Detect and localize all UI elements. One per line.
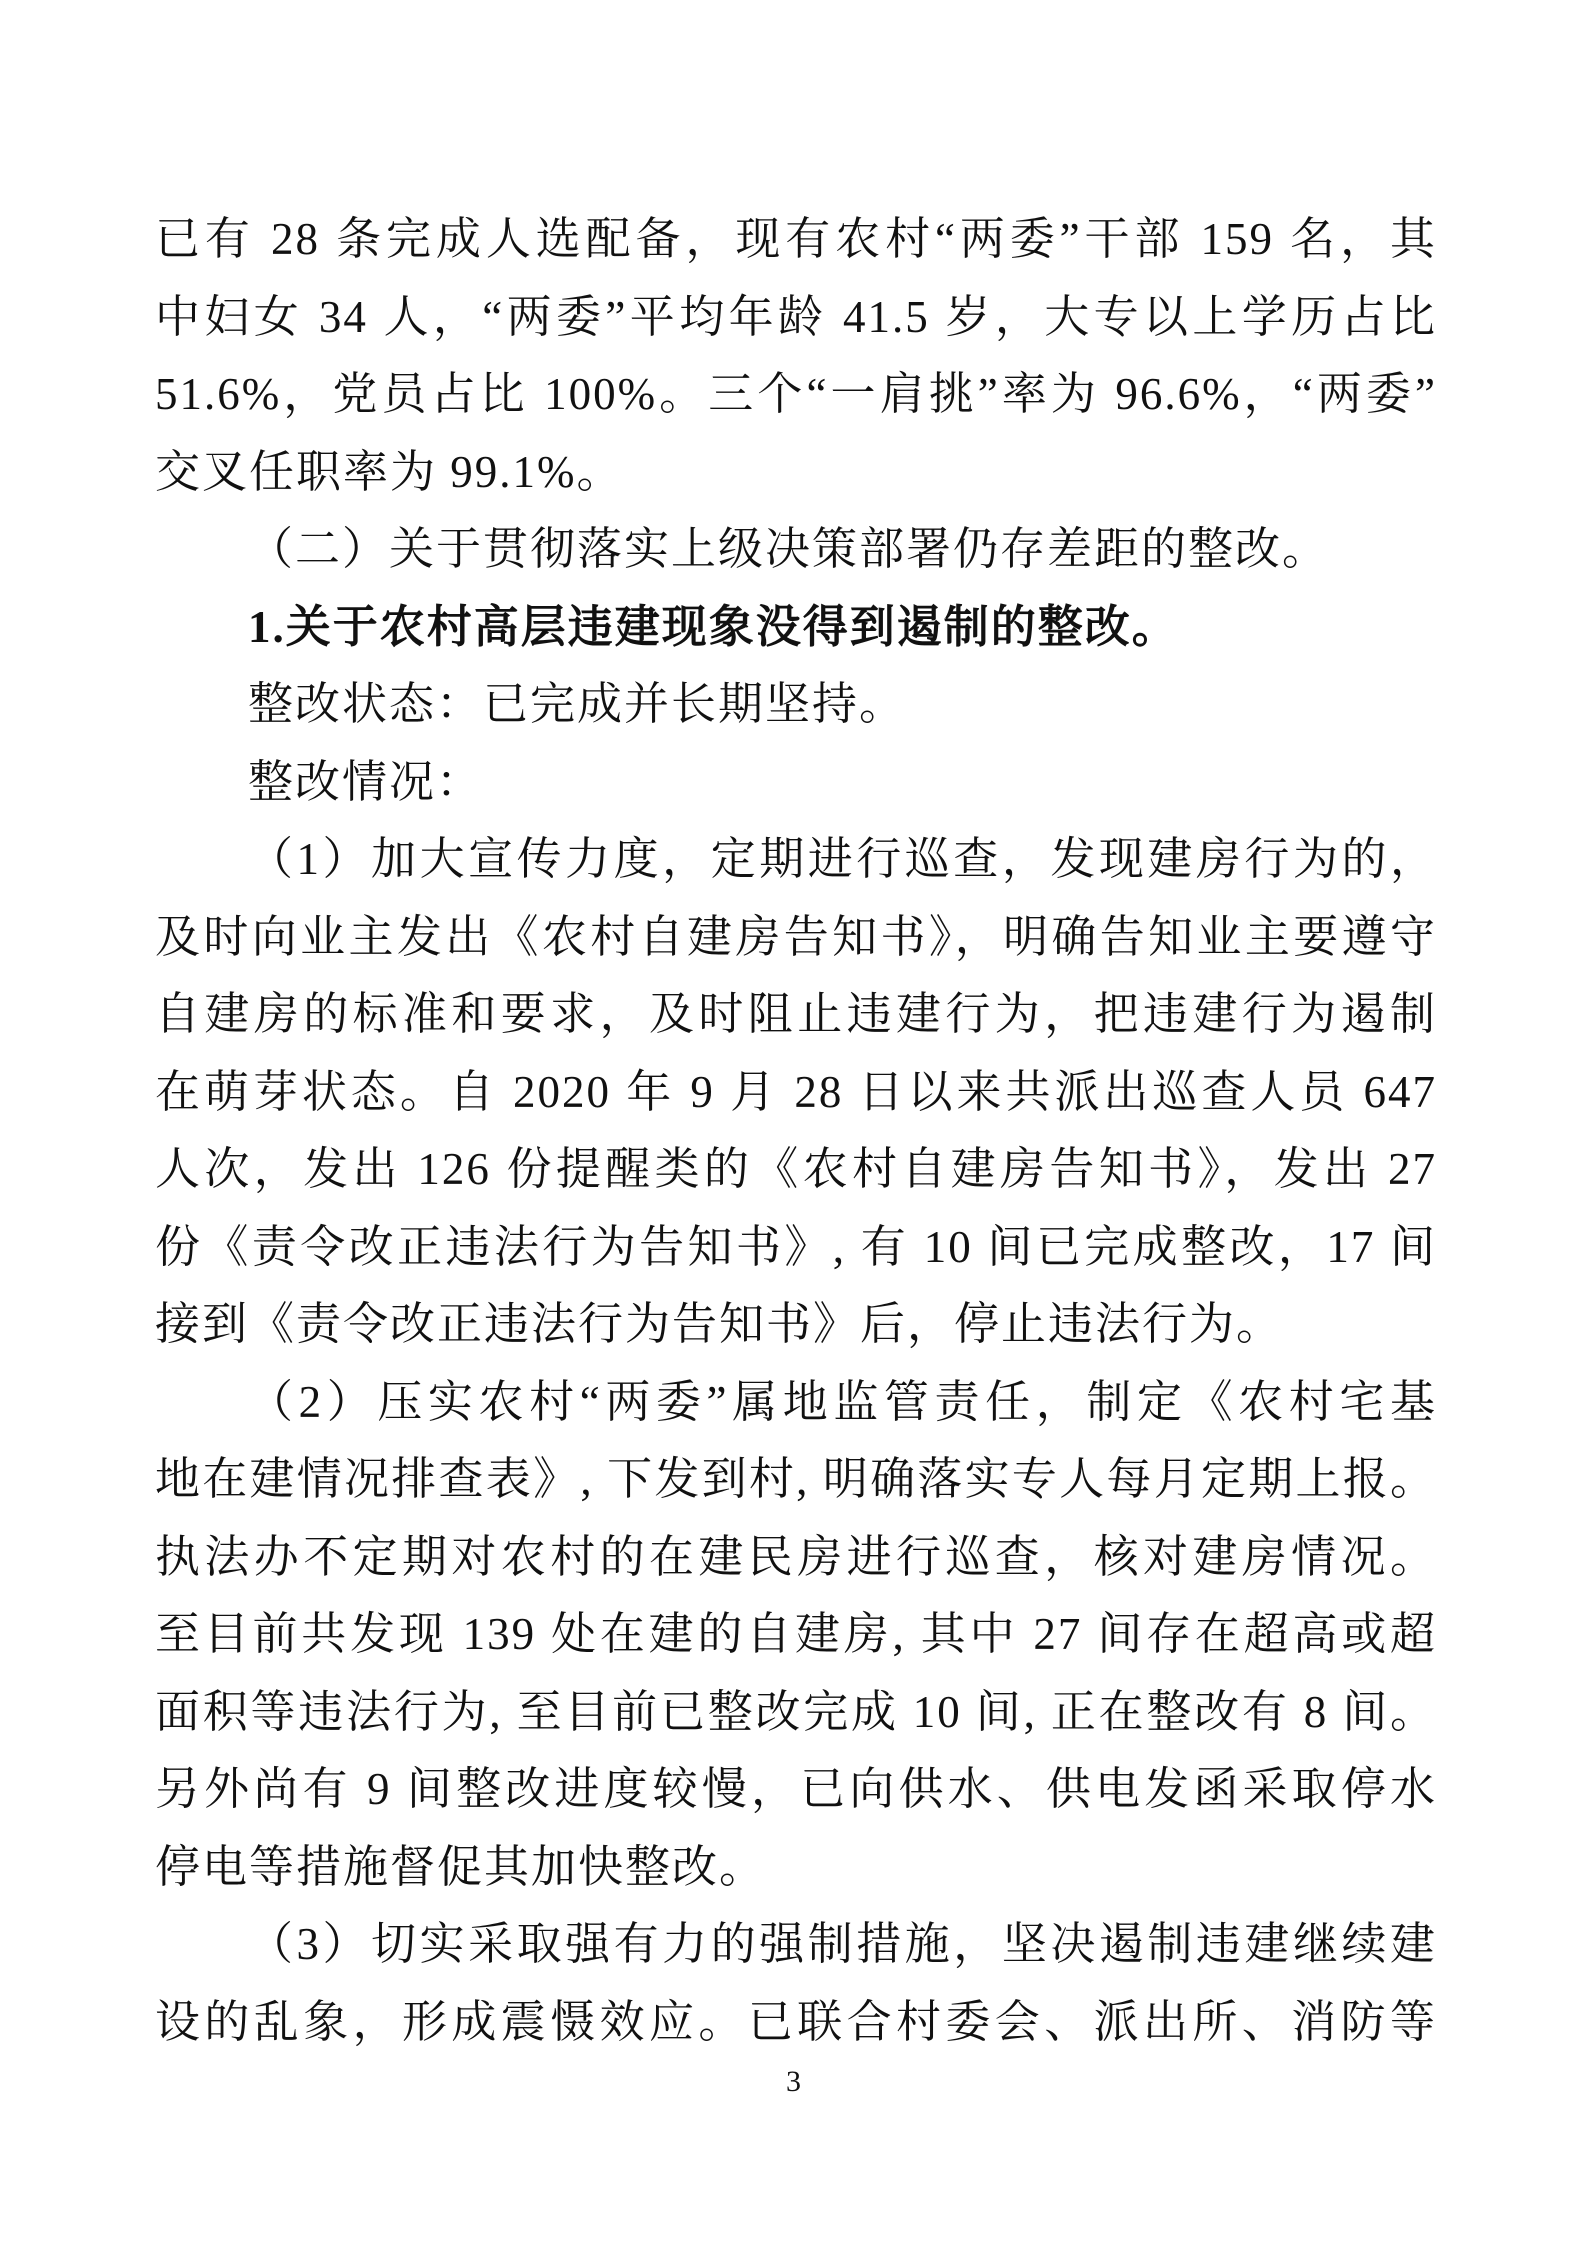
- text-line: 地在建情况排查表》, 下发到村, 明确落实专人每月定期上报。: [155, 1441, 1437, 1519]
- text-line: 设的乱象，形成震慑效应。已联合村委会、派出所、消防等: [155, 1984, 1437, 2062]
- text-line: 及时向业主发出《农村自建房告知书》，明确告知业主要遵守: [155, 899, 1437, 977]
- text-line: 执法办不定期对农村的在建民房进行巡查，核对建房情况。: [155, 1519, 1437, 1597]
- text-line: 人次，发出 126 份提醒类的《农村自建房告知书》，发出 27: [155, 1131, 1437, 1209]
- text-line: 接到《责令改正违法行为告知书》后，停止违法行为。: [155, 1286, 1437, 1364]
- text-line: 停电等措施督促其加快整改。: [155, 1829, 1437, 1907]
- text-line: 51.6%，党员占比 100%。三个“一肩挑”率为 96.6%，“两委”: [155, 356, 1437, 434]
- page-number: 3: [0, 2062, 1587, 2102]
- subsection-heading: 1.关于农村高层违建现象没得到遏制的整改。: [155, 589, 1437, 667]
- text-line: 整改状态：已完成并长期坚持。: [155, 666, 1437, 744]
- text-line: 自建房的标准和要求，及时阻止违建行为，把违建行为遏制: [155, 976, 1437, 1054]
- text-line: 整改情况：: [155, 744, 1437, 822]
- text-line: （3）切实采取强有力的强制措施，坚决遏制违建继续建: [155, 1906, 1437, 1984]
- text-line: 中妇女 34 人，“两委”平均年龄 41.5 岁，大专以上学历占比: [155, 279, 1437, 357]
- section-heading: （二）关于贯彻落实上级决策部署仍存差距的整改。: [155, 511, 1437, 589]
- text-line: 已有 28 条完成人选配备，现有农村“两委”干部 159 名，其: [155, 201, 1437, 279]
- document-page: 已有 28 条完成人选配备，现有农村“两委”干部 159 名，其 中妇女 34 …: [0, 0, 1587, 2245]
- text-block: 已有 28 条完成人选配备，现有农村“两委”干部 159 名，其 中妇女 34 …: [155, 201, 1437, 2061]
- text-line: 交叉任职率为 99.1%。: [155, 434, 1437, 512]
- text-line: 份《责令改正违法行为告知书》, 有 10 间已完成整改，17 间: [155, 1209, 1437, 1287]
- text-line: （2）压实农村“两委”属地监管责任，制定《农村宅基: [155, 1364, 1437, 1442]
- text-line: 至目前共发现 139 处在建的自建房, 其中 27 间存在超高或超: [155, 1596, 1437, 1674]
- text-line: 另外尚有 9 间整改进度较慢，已向供水、供电发函采取停水: [155, 1751, 1437, 1829]
- text-line: （1）加大宣传力度，定期进行巡查，发现建房行为的，: [155, 821, 1437, 899]
- text-line: 在萌芽状态。自 2020 年 9 月 28 日以来共派出巡查人员 647: [155, 1054, 1437, 1132]
- text-line: 面积等违法行为, 至目前已整改完成 10 间, 正在整改有 8 间。: [155, 1674, 1437, 1752]
